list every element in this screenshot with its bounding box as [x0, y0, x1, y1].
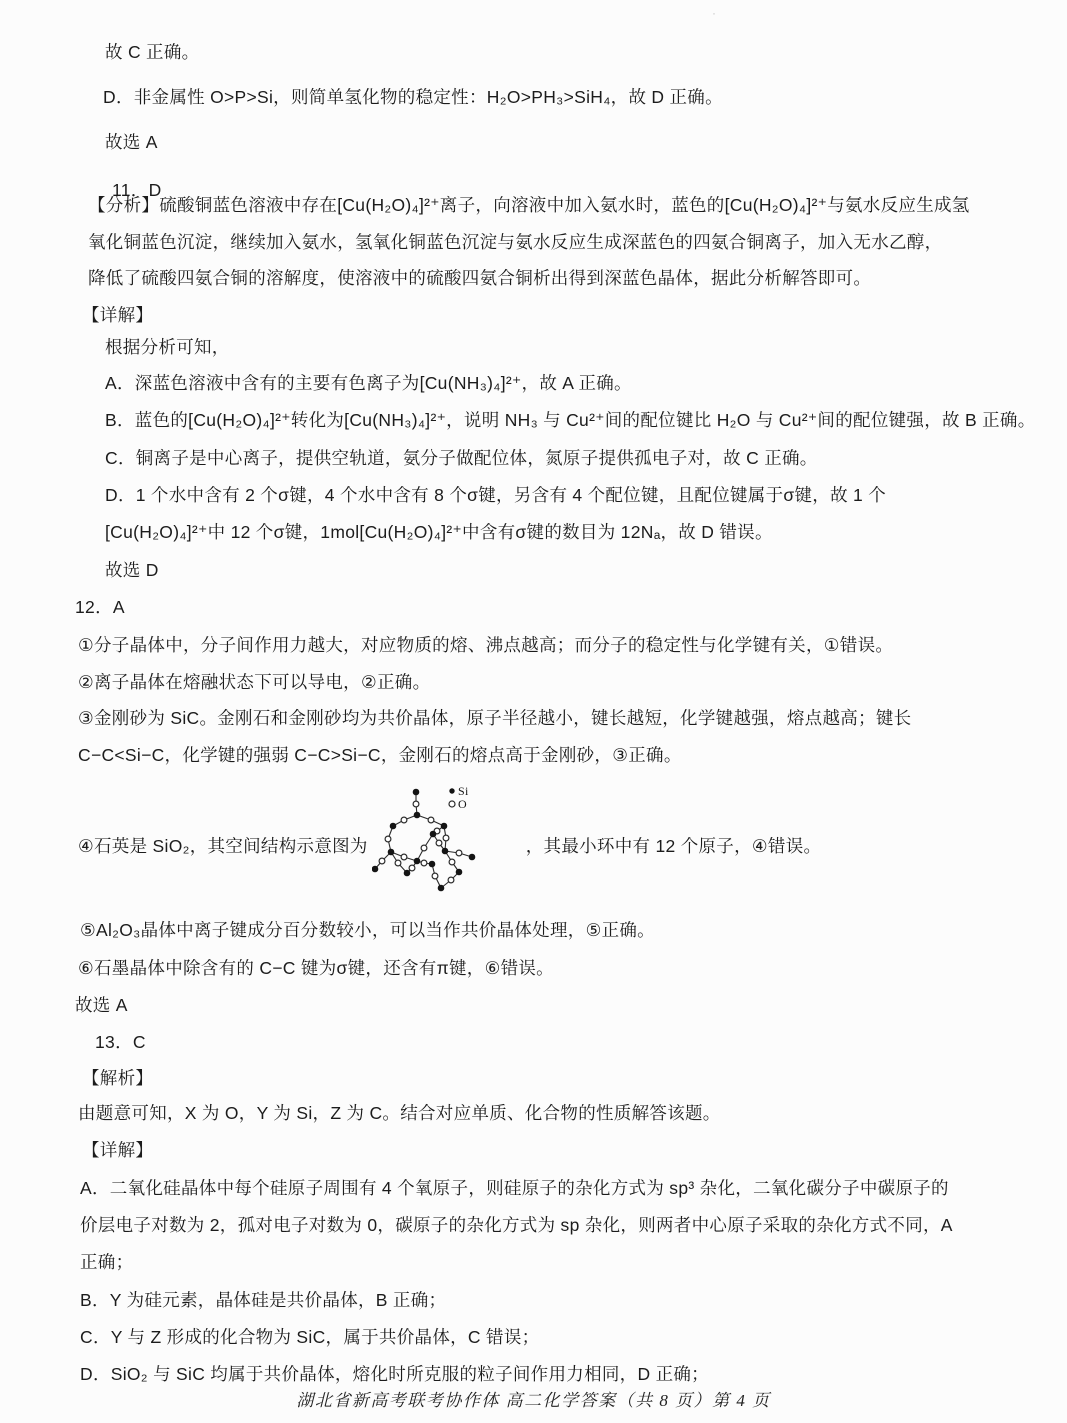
line-q11-option-b: B．蓝色的[Cu(H₂O)₄]²⁺转化为[Cu(NH₃)₄]²⁺，说明 NH₃ …: [105, 407, 1036, 434]
line-q10-answer: 故选 A: [105, 129, 158, 156]
line-q12-point-6: ⑥石墨晶体中除含有的 C−C 键为σ键，还含有π键，⑥错误。: [78, 955, 554, 982]
diagram-legend: Si O: [449, 784, 469, 811]
label-q11-detail: 【详解】: [82, 302, 153, 329]
label-q13-detail: 【详解】: [82, 1137, 153, 1164]
line-q13-option-a-1: A．二氧化硅晶体中每个硅原子周围有 4 个氧原子，则硅原子的杂化方式为 sp³ …: [80, 1175, 949, 1202]
legend-o-dot-icon: [449, 801, 455, 807]
line-q13-option-a-3: 正确；: [80, 1249, 133, 1276]
answer-sheet-page: · 故 C 正确。 D．非金属性 O>P>Si，则简单氢化物的稳定性：H₂O>P…: [0, 0, 1067, 1423]
line-q12-answer: 故选 A: [75, 992, 128, 1019]
line-q12-point-2: ②离子晶体在熔融状态下可以导电，②正确。: [78, 669, 430, 696]
line-q11-answer: 故选 D: [105, 557, 159, 584]
line-q12-point-3a: ③金刚砂为 SiC。金刚石和金刚砂均为共价晶体，原子半径越小，键长越短，化学键越…: [78, 705, 911, 732]
line-q11-analysis-1: 【分析】硫酸铜蓝色溶液中存在[Cu(H₂O)₄]²⁺离子，向溶液中加入氨水时，蓝…: [88, 192, 970, 219]
line-q12-point-1: ①分子晶体中，分子间作用力越大，对应物质的熔、沸点越高；而分子的稳定性与化学键有…: [78, 632, 893, 659]
line-q11-option-d-2: [Cu(H₂O)₄]²⁺中 12 个σ键，1mol[Cu(H₂O)₄]²⁺中含有…: [105, 519, 773, 546]
line-q11-option-a: A．深蓝色溶液中含有的主要有色离子为[Cu(NH₃)₄]²⁺，故 A 正确。: [105, 370, 632, 397]
line-q13-option-d: D．SiO₂ 与 SiC 均属于共价晶体，熔化时所克服的粒子间作用力相同，D 正…: [80, 1361, 709, 1388]
line-q13-option-a-2: 价层电子对数为 2，孤对电子对数为 0，碳原子的杂化方式为 sp 杂化，则两者中…: [80, 1212, 953, 1239]
line-q13-option-b: B．Y 为硅元素，晶体硅是共价晶体，B 正确；: [80, 1287, 446, 1314]
line-q12-point-3b: C−C<Si−C，化学键的强弱 C−C>Si−C，金刚石的熔点高于金刚砂，③正确…: [78, 742, 682, 769]
legend-o-label: O: [458, 797, 467, 811]
legend-si-dot-icon: [449, 788, 454, 793]
line-q13-analysis: 由题意可知，X 为 O，Y 为 Si，Z 为 C。结合对应单质、化合物的性质解答…: [78, 1100, 721, 1127]
line-q10-option-d: D．非金属性 O>P>Si，则简单氢化物的稳定性：H₂O>PH₃>SiH₄，故 …: [103, 84, 723, 111]
label-q13-analysis: 【解析】: [82, 1065, 153, 1092]
line-q13-option-c: C．Y 与 Z 形成的化合物为 SiC，属于共价晶体，C 错误；: [80, 1324, 539, 1351]
line-q11-intro: 根据分析可知，: [105, 334, 230, 361]
q12-point-4-text-before: ④石英是 SiO₂，其空间结构示意图为: [78, 833, 368, 858]
heading-q12-answer: 12．A: [75, 594, 125, 621]
line-q11-option-d-1: D．1 个水中含有 2 个σ键，4 个水中含有 8 个σ键，另含有 4 个配位键…: [105, 482, 886, 509]
line-q11-analysis-2: 氧化铜蓝色沉淀，继续加入氨水，氢氧化铜蓝色沉淀与氨水反应生成深蓝色的四氨合铜离子…: [88, 229, 942, 256]
oxygen-atoms: [379, 801, 462, 883]
line-q11-option-c: C．铜离子是中心离子，提供空轨道，氨分子做配位体，氮原子提供孤电子对，故 C 正…: [105, 445, 818, 472]
line-q12-point-4: ④石英是 SiO₂，其空间结构示意图为: [78, 780, 821, 910]
line-q12-point-5: ⑤Al₂O₃晶体中离子键成分百分数较小，可以当作共价晶体处理，⑤正确。: [80, 917, 655, 944]
q12-point-4-text-after: ，其最小环中有 12 个原子，④错误。: [526, 833, 822, 858]
line-q11-analysis-3: 降低了硫酸四氨合铜的溶解度，使溶液中的硫酸四氨合铜析出得到深蓝色晶体，据此分析解…: [88, 265, 871, 292]
sio2-structure-diagram: Si O: [372, 781, 522, 909]
scan-artifact-mark: ·: [712, 6, 716, 20]
legend-si-label: Si: [458, 784, 469, 798]
heading-q13-answer: 13．C: [95, 1029, 146, 1056]
line-q10-c-conclusion: 故 C 正确。: [105, 39, 199, 66]
page-footer: 湖北省新高考联考协作体 高二化学答案（共 8 页）第 4 页: [0, 1386, 1067, 1411]
